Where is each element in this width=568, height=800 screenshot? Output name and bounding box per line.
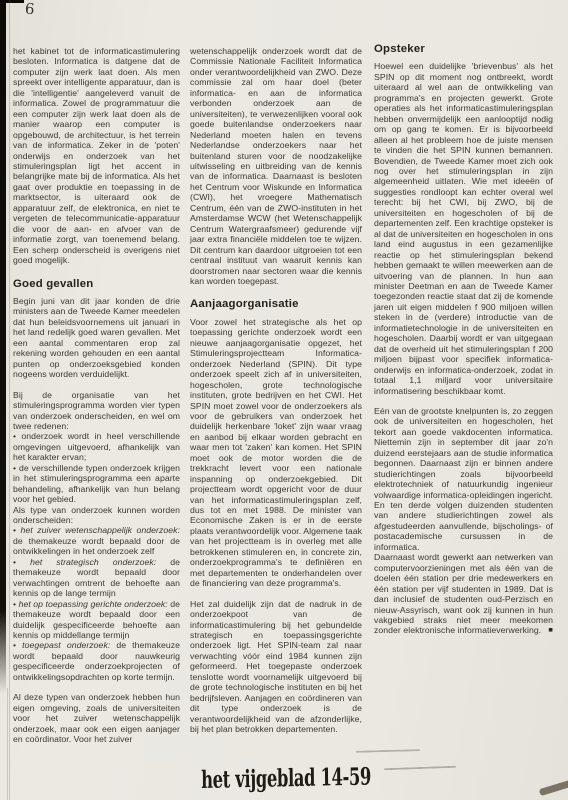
footer-handwritten-mark: het vijgeblad 14-59: [201, 762, 371, 794]
paragraph: Het zal duidelijk zijn dat de nadruk in …: [190, 599, 362, 735]
end-of-article-square-icon: ■: [548, 625, 553, 635]
bullet-item: • de verschillende typen onderzoek krijg…: [13, 463, 180, 505]
bullet-dot-icon: •: [13, 557, 30, 567]
paragraph: Al deze typen van onderzoek hebben hun e…: [13, 692, 180, 744]
section-heading: Aanjaagorganisatie: [190, 299, 362, 309]
scanned-magazine-page: 6 het kabinet tot de informaticastimuler…: [0, 0, 568, 800]
section-heading: Opsteker: [374, 44, 553, 54]
bullet-lead: het zuiver wetenschappelijk onderzoek:: [21, 525, 180, 535]
text-column-2: wetenschappelijk onderzoek wordt dat de …: [190, 46, 362, 745]
bullet-text: de verschillende typen onderzoek krijgen…: [13, 463, 180, 504]
paragraph-text: Daarnaast wordt gewerkt aan netwerken va…: [374, 552, 553, 635]
paragraph: Eén van de grootste knelpunten is, zo ze…: [374, 406, 553, 552]
bullet-dot-icon: •: [13, 525, 21, 535]
page-fold-line: [9, 0, 10, 800]
section-heading: Goed gevallen: [13, 279, 180, 289]
paragraph: Hoewel een duidelijke 'brievenbus' als h…: [374, 61, 553, 396]
bullet-item: • het zuiver wetenschappelijk onderzoek:…: [13, 525, 180, 556]
bullet-lead: toegepast onderzoek:: [22, 640, 116, 650]
bullet-lead: het strategisch onderzoek:: [30, 557, 170, 567]
scan-gutter-bar: [0, 0, 6, 694]
bullet-dot-icon: •: [13, 640, 22, 650]
paragraph: Daarnaast wordt gewerkt aan netwerken va…: [374, 552, 553, 636]
corner-scan-mark: [539, 779, 568, 796]
paragraph: Bij de organisatie van het stimuleringsp…: [13, 390, 180, 432]
pencil-mark: [384, 766, 456, 771]
paragraph: Voor zowel het strategische als het op t…: [190, 317, 362, 589]
bullet-text: de themakeuze wordt bepaald door de ontw…: [13, 536, 180, 556]
paragraph: wetenschappelijk onderzoek wordt dat de …: [190, 46, 362, 286]
bullet-item: • het op toepassing gerichte onderzoek: …: [13, 599, 180, 641]
pencil-mark: [356, 749, 420, 753]
bullet-item: • toegepast onderzoek: de themakeuze wor…: [13, 640, 180, 682]
paragraph: Als type van onderzoek kunnen worden ond…: [13, 505, 180, 526]
page-gutter-line: [7, 688, 8, 800]
paragraph: het kabinet tot de informaticastimulerin…: [13, 46, 180, 266]
bullet-item: • het strategisch onderzoek: de themakeu…: [13, 557, 180, 599]
scan-gutter-bar-top: [0, 0, 24, 3]
bullet-item: • onderzoek wordt in heel verschillende …: [13, 431, 180, 462]
paragraph: Begin juni van dit jaar konden de drie m…: [13, 296, 180, 380]
bullet-lead: het op toepassing gerichte onderzoek:: [19, 599, 171, 609]
text-column-3: Opsteker Hoewel een duidelijke 'brievenb…: [374, 44, 553, 636]
handwritten-margin-note: 6: [24, 0, 35, 18]
bullet-text: onderzoek wordt in heel verschillende om…: [13, 431, 180, 462]
text-column-1: het kabinet tot de informaticastimulerin…: [13, 46, 180, 755]
